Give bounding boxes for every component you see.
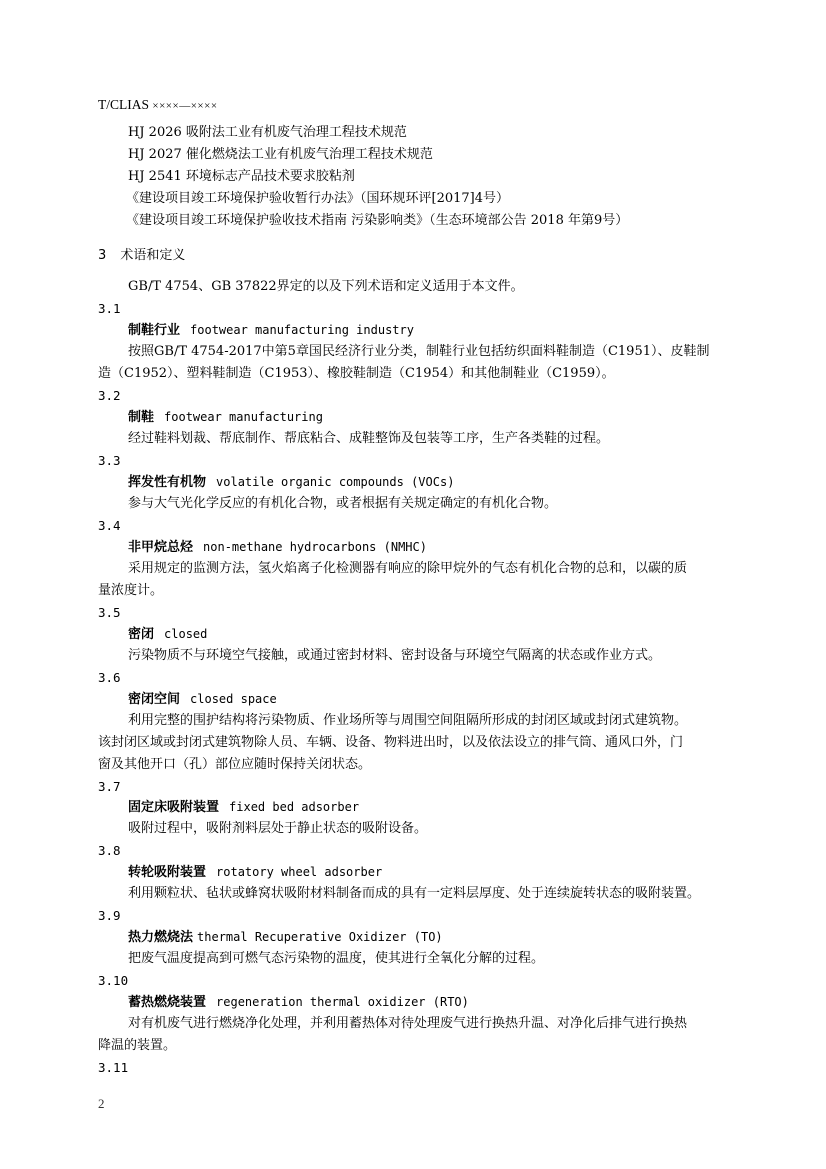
term-en: footwear manufacturing industry	[190, 323, 414, 337]
term-definition: 该封闭区域或封闭式建筑物除人员、车辆、设备、物料进出时，以及依法设立的排气筒、通…	[98, 734, 683, 752]
term-title: 蓄热燃烧装置regeneration thermal oxidizer (RTO…	[128, 993, 469, 1012]
term-definition: 量浓度计。	[98, 582, 163, 600]
term-title: 制鞋行业footwear manufacturing industry	[128, 321, 414, 340]
term-title: 挥发性有机物volatile organic compounds (VOCs)	[128, 473, 454, 492]
standard-code: T/CLIAS	[98, 97, 149, 112]
term-zh: 转轮吸附装置	[128, 865, 206, 880]
term-en: closed	[164, 627, 207, 641]
standard-number: ××××—××××	[152, 100, 217, 112]
reference-item: 《建设项目竣工环境保护验收技术指南 污染影响类》（生态环境部公告 2018 年第…	[126, 212, 628, 230]
term-definition: 对有机废气进行燃烧净化处理，并利用蓄热体对待处理废气进行换热升温、对净化后排气进…	[128, 1015, 687, 1033]
term-zh: 非甲烷总烃	[128, 540, 193, 555]
term-definition: 污染物质不与环境空气接触，或通过密封材料、密封设备与环境空气隔离的状态或作业方式…	[128, 647, 661, 665]
standard-header: T/CLIAS ××××—××××	[98, 97, 218, 113]
term-zh: 热力燃烧法	[128, 930, 193, 945]
term-en: volatile organic compounds (VOCs)	[216, 475, 454, 489]
term-title: 固定床吸附装置fixed bed adsorber	[128, 798, 359, 817]
term-definition: 经过鞋料划裁、帮底制作、帮底粘合、成鞋整饰及包装等工序，生产各类鞋的过程。	[128, 430, 609, 448]
term-definition: 造（C1952）、塑料鞋制造（C1953）、橡胶鞋制造（C1954）和其他制鞋业…	[98, 365, 615, 383]
term-definition: 吸附过程中，吸附剂料层处于静止状态的吸附设备。	[128, 820, 427, 838]
term-en: closed space	[190, 692, 277, 706]
reference-item: HJ 2541 环境标志产品技术要求胶粘剂	[128, 168, 355, 186]
term-definition: 窗及其他开口（孔）部位应随时保持关闭状态。	[98, 756, 371, 774]
term-en: thermal Recuperative Oxidizer (TO)	[197, 930, 443, 944]
term-definition: 把废气温度提高到可燃气态污染物的温度，使其进行全氧化分解的过程。	[128, 950, 544, 968]
term-number: 3.4	[98, 517, 121, 535]
term-zh: 挥发性有机物	[128, 475, 206, 490]
term-zh: 固定床吸附装置	[128, 800, 219, 815]
term-zh: 制鞋	[128, 410, 154, 425]
term-en: non-methane hydrocarbons (NMHC)	[203, 540, 427, 554]
term-number: 3.9	[98, 907, 121, 925]
term-zh: 密闭空间	[128, 692, 180, 707]
term-title: 热力燃烧法thermal Recuperative Oxidizer (TO)	[128, 928, 443, 947]
term-number: 3.2	[98, 387, 121, 405]
term-definition: 降温的装置。	[98, 1037, 176, 1055]
reference-item: HJ 2027 催化燃烧法工业有机废气治理工程技术规范	[128, 146, 433, 164]
section-title: 术语和定义	[120, 248, 185, 263]
term-en: footwear manufacturing	[164, 410, 323, 424]
term-number: 3.6	[98, 669, 121, 687]
section-heading: 3 术语和定义	[98, 247, 185, 265]
term-en: fixed bed adsorber	[229, 800, 359, 814]
term-definition: 按照GB/T 4754-2017中第5章国民经济行业分类，制鞋行业包括纺织面料鞋…	[128, 343, 709, 361]
term-number: 3.3	[98, 452, 121, 470]
section-number: 3	[98, 248, 106, 263]
term-number: 3.11	[98, 1059, 128, 1077]
page-number: 2	[98, 1096, 105, 1112]
document-page: T/CLIAS ××××—×××× HJ 2026 吸附法工业有机废气治理工程技…	[0, 0, 826, 1169]
term-title: 非甲烷总烃non-methane hydrocarbons (NMHC)	[128, 538, 427, 557]
term-number: 3.10	[98, 972, 128, 990]
term-number: 3.1	[98, 300, 121, 318]
term-zh: 密闭	[128, 627, 154, 642]
term-definition: 利用完整的围护结构将污染物质、作业场所等与周围空间阻隔所形成的封闭区域或封闭式建…	[128, 712, 687, 730]
term-title: 制鞋footwear manufacturing	[128, 408, 323, 427]
term-title: 转轮吸附装置rotatory wheel adsorber	[128, 863, 382, 882]
term-definition: 利用颗粒状、毡状或蜂窝状吸附材料制备而成的具有一定料层厚度、处于连续旋转状态的吸…	[128, 885, 700, 903]
term-zh: 制鞋行业	[128, 323, 180, 338]
term-number: 3.8	[98, 842, 121, 860]
term-definition: 参与大气光化学反应的有机化合物，或者根据有关规定确定的有机化合物。	[128, 495, 557, 513]
term-title: 密闭closed	[128, 625, 207, 644]
reference-item: HJ 2026 吸附法工业有机废气治理工程技术规范	[128, 124, 407, 142]
term-definition: 采用规定的监测方法，氢火焰离子化检测器有响应的除甲烷外的气态有机化合物的总和，以…	[128, 560, 687, 578]
term-number: 3.5	[98, 604, 121, 622]
reference-item: 《建设项目竣工环境保护验收暂行办法》（国环规环评[2017]4号）	[126, 190, 509, 208]
term-zh: 蓄热燃烧装置	[128, 995, 206, 1010]
term-en: regeneration thermal oxidizer (RTO)	[216, 995, 469, 1009]
section-intro: GB/T 4754、GB 37822界定的以及下列术语和定义适用于本文件。	[128, 278, 524, 296]
term-title: 密闭空间closed space	[128, 690, 277, 709]
term-en: rotatory wheel adsorber	[216, 865, 382, 879]
term-number: 3.7	[98, 778, 121, 796]
